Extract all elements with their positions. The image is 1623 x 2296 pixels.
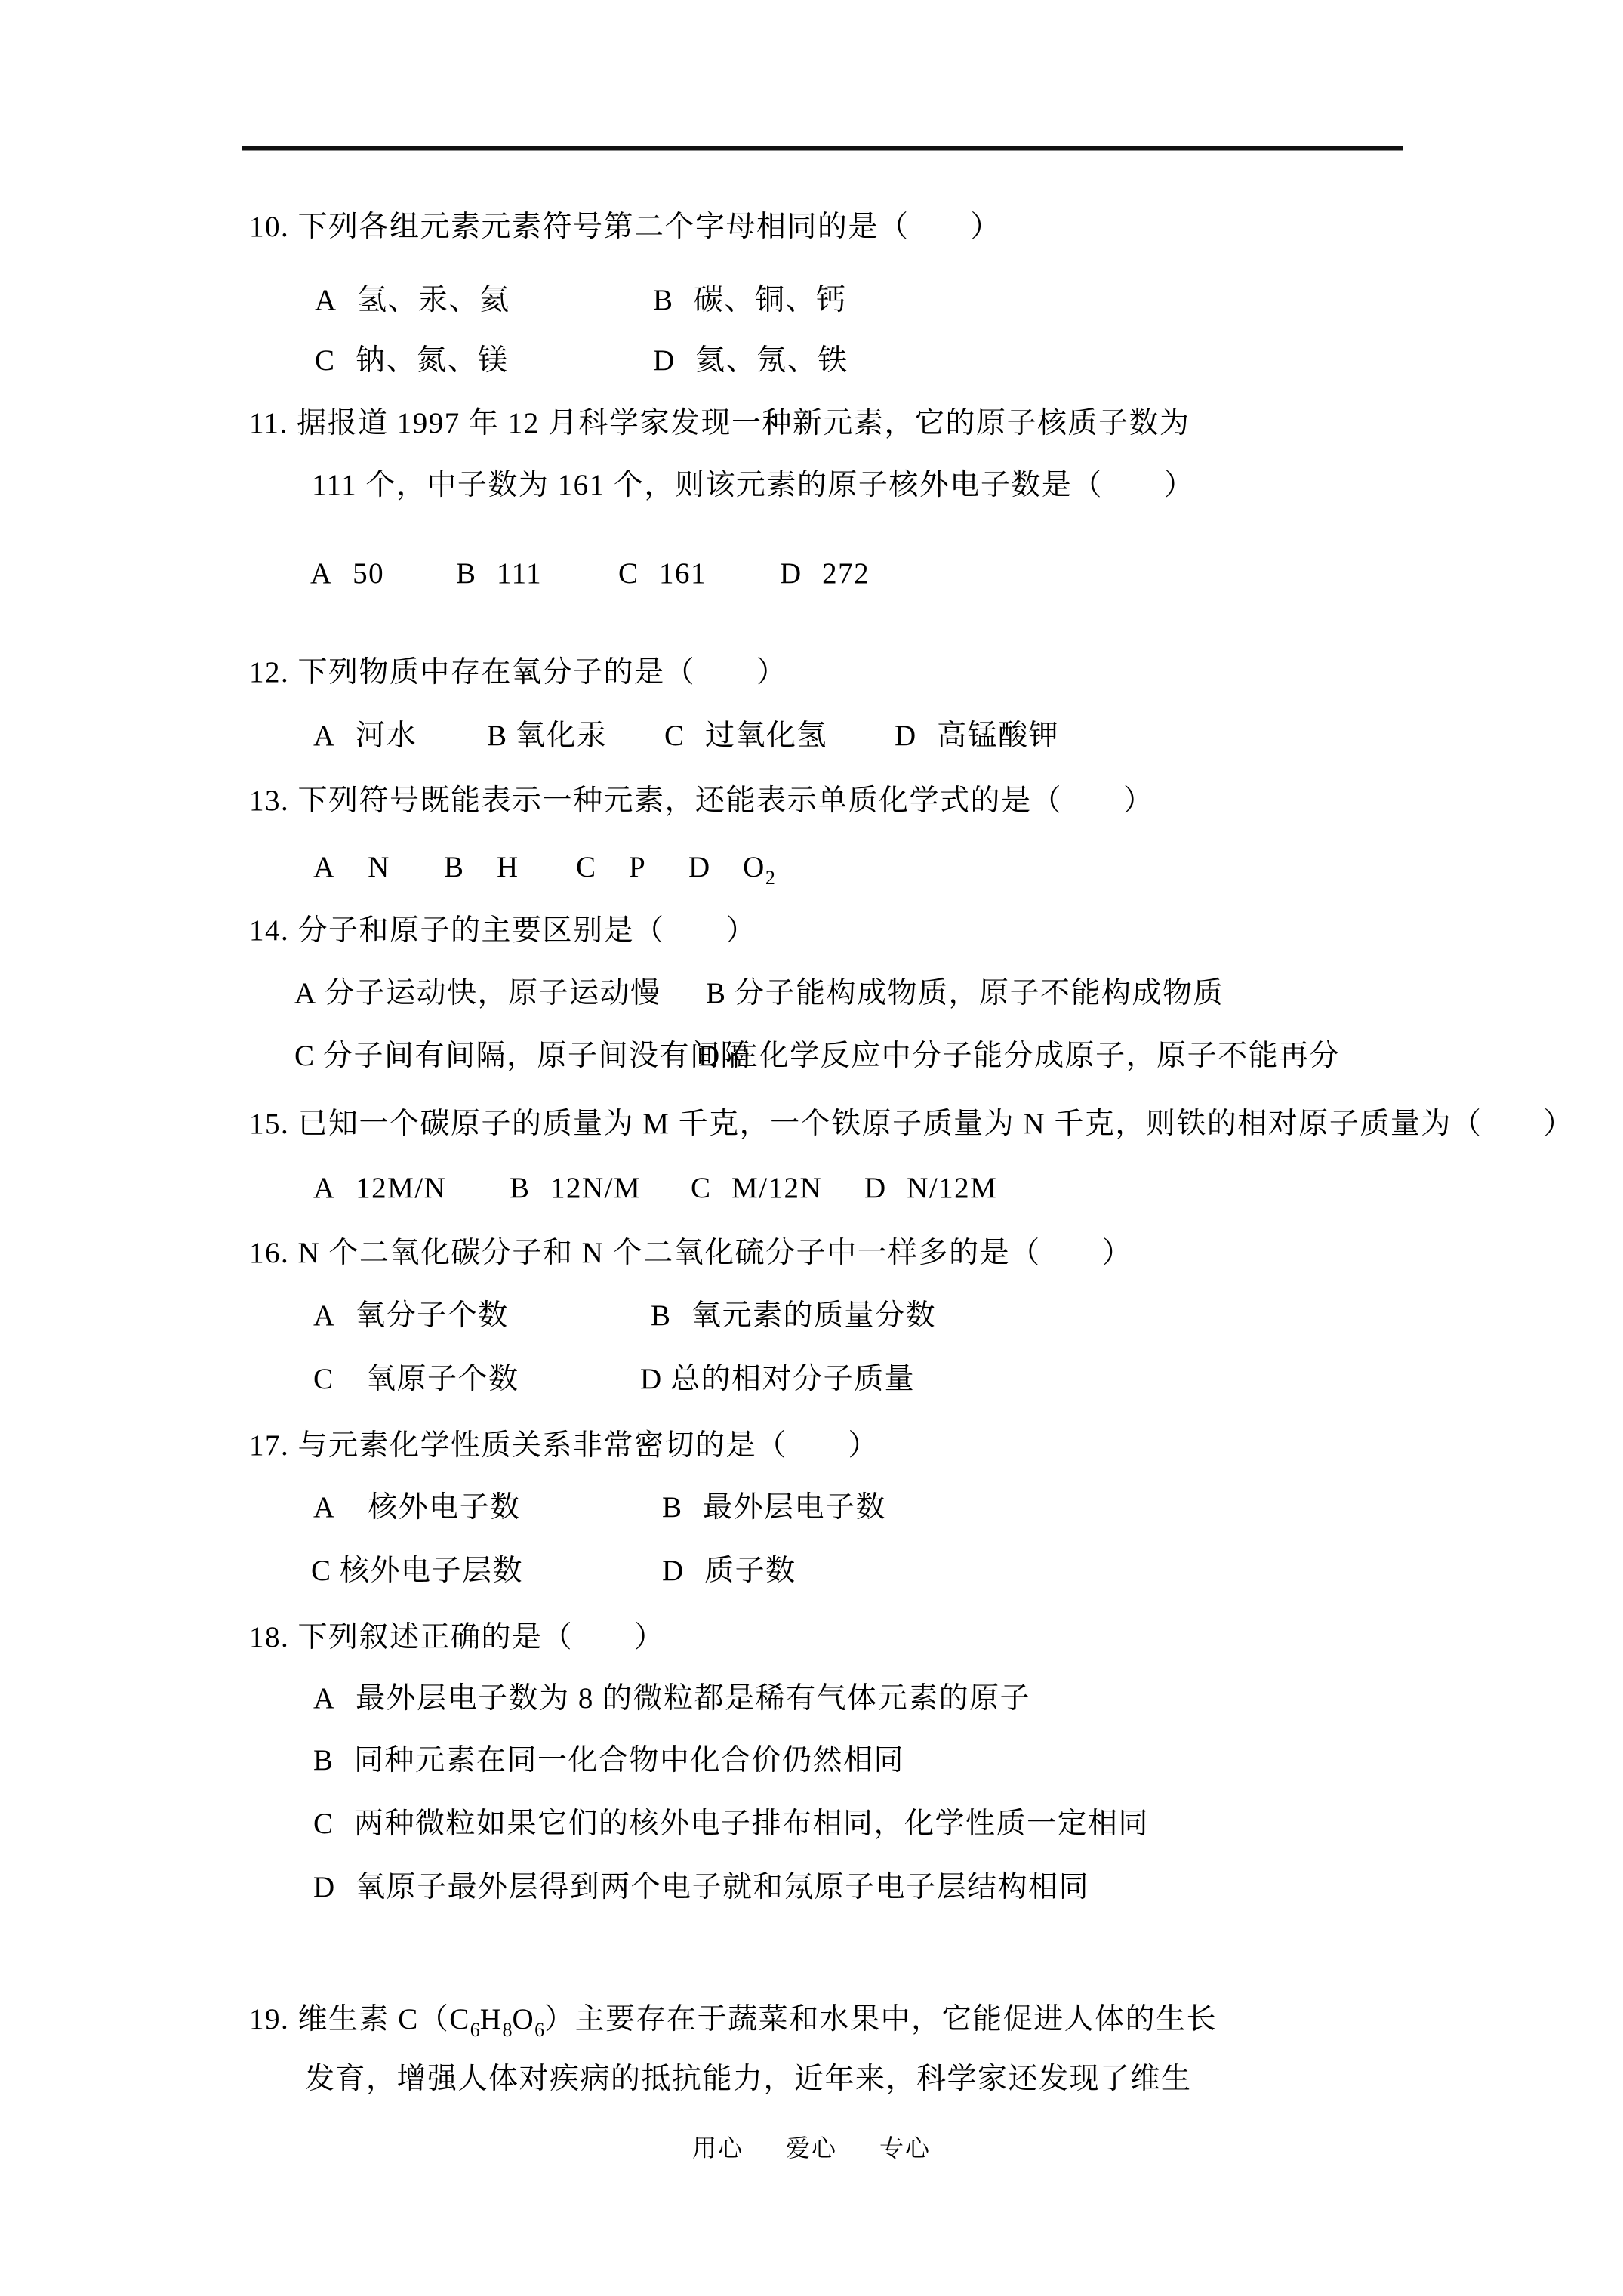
option-text: 核外电子层数 (340, 1555, 523, 1587)
option-label: B (487, 719, 507, 754)
q13-stem: 13. 下列符号既能表示一种元素，还能表示单质化学式的是（ ） (249, 784, 1154, 818)
q19-stem-line1: 19. 维生素 C（C6H8O6）主要存在于蔬菜和水果中，它能促进人体的生长 (249, 2002, 1217, 2037)
option-text: 161 (659, 557, 707, 590)
option-text: O2 (743, 851, 775, 883)
q17-option-a: A核外电子数 (313, 1490, 521, 1525)
q19-text-segment: H (480, 2003, 503, 2036)
option-label: A (294, 976, 316, 1011)
option-label: A (313, 1171, 334, 1206)
footer-word: 用心 (692, 2129, 744, 2164)
q11-option-b: B111 (456, 556, 542, 591)
option-text: 氧原子个数 (366, 1363, 519, 1395)
option-label: B (706, 976, 725, 1011)
q16-option-a: A氧分子个数 (313, 1299, 509, 1333)
q11-stem-line2: 111 个，中子数为 161 个，则该元素的原子核外电子数是（ ） (312, 468, 1194, 503)
option-text: 12N/M (550, 1172, 641, 1204)
option-text: 12M/N (356, 1172, 446, 1204)
option-label: B (653, 283, 673, 318)
option-label: B (662, 1490, 682, 1525)
option-text: 质子数 (704, 1555, 796, 1587)
q16-option-b: B氧元素的质量分数 (651, 1299, 936, 1333)
q17-stem: 17. 与元素化学性质关系非常密切的是（ ） (249, 1428, 879, 1463)
option-label: D (864, 1171, 885, 1206)
option-label: D (698, 1039, 719, 1074)
option-label: B (456, 556, 476, 591)
q14-stem: 14. 分子和原子的主要区别是（ ） (249, 914, 756, 948)
option-label: C (311, 1554, 331, 1589)
q14-option-a: A分子运动快，原子运动慢 (294, 976, 661, 1011)
option-text: 同种元素在同一化合物中化合价仍然相同 (354, 1744, 904, 1777)
q19-text-segment: 19. 维生素 C（C (249, 2003, 470, 2036)
q17-option-c: C核外电子层数 (311, 1554, 523, 1589)
q16-stem: 16. N 个二氧化碳分子和 N 个二氧化硫分子中一样多的是（ ） (249, 1236, 1132, 1271)
option-label: C (313, 1807, 333, 1841)
option-label: D (688, 850, 710, 885)
option-text: 高锰酸钾 (937, 720, 1059, 752)
option-label: C (691, 1171, 710, 1206)
option-text: 氢、汞、氦 (357, 284, 510, 316)
option-label: A (313, 1681, 334, 1716)
q13-option-c: CP (576, 850, 646, 885)
q14-option-d: D在化学反应中分子能分成原子，原子不能再分 (698, 1039, 1340, 1074)
q10-option-c: C钠、氮、镁 (315, 344, 509, 378)
option-text: 氧化汞 (516, 720, 608, 752)
option-label: D (653, 344, 674, 378)
q10-stem: 10. 下列各组元素元素符号第二个字母相同的是（ ） (249, 210, 1001, 245)
option-label: B (510, 1171, 529, 1206)
option-text: 碳、铜、钙 (694, 284, 847, 316)
q15-option-d: DN/12M (864, 1171, 997, 1206)
q13-option-d: DO2 (688, 850, 775, 885)
option-label: C (294, 1039, 314, 1074)
q11-stem-line1: 11. 据报道 1997 年 12 月科学家发现一种新元素，它的原子核质子数为 (249, 406, 1190, 441)
option-text: N/12M (907, 1172, 997, 1204)
q18-stem: 18. 下列叙述正确的是（ ） (249, 1620, 665, 1655)
formula-base: O (743, 851, 765, 883)
option-text: 核外电子数 (368, 1491, 521, 1524)
option-label: C (618, 556, 638, 591)
option-label: C (315, 344, 334, 378)
q11-option-d: D272 (780, 556, 870, 591)
option-label: C (576, 850, 596, 885)
q12-option-b: B氧化汞 (487, 719, 608, 754)
q12-option-d: D高锰酸钾 (895, 719, 1059, 754)
q11-option-c: C161 (618, 556, 707, 591)
option-text: 在化学反应中分子能分成原子，原子不能再分 (728, 1040, 1340, 1072)
q14-option-b: B分子能构成物质，原子不能构成物质 (706, 976, 1224, 1011)
q19-text-segment: ）主要存在于蔬菜和水果中，它能促进人体的生长 (544, 2003, 1217, 2036)
option-text: 钠、氮、镁 (356, 344, 509, 377)
option-text: H (497, 851, 519, 883)
q15-option-c: CM/12N (691, 1171, 822, 1206)
q12-option-a: A河水 (313, 719, 417, 754)
q10-option-a: A氢、汞、氦 (315, 283, 510, 318)
option-text: P (629, 851, 646, 883)
q15-stem: 15. 已知一个碳原子的质量为 M 千克，一个铁原子质量为 N 千克，则铁的相对… (249, 1107, 1574, 1142)
option-text: 总的相对分子质量 (670, 1363, 915, 1395)
option-text: 最外层电子数 (703, 1491, 886, 1524)
exam-page: 10. 下列各组元素元素符号第二个字母相同的是（ ） A氢、汞、氦 B碳、铜、钙… (0, 0, 1623, 2296)
option-text: 分子间有间隔，原子间没有间隔 (323, 1040, 751, 1072)
option-text: 两种微粒如果它们的核外电子排布相同，化学性质一定相同 (354, 1808, 1149, 1840)
option-text: 过氧化氢 (705, 720, 827, 752)
option-label: D (313, 1870, 334, 1905)
page-footer: 用心 爱心 专心 (0, 2129, 1623, 2164)
option-label: A (313, 1299, 334, 1333)
option-text: 河水 (356, 720, 417, 752)
option-label: A (315, 283, 336, 318)
option-text: 分子运动快，原子运动慢 (325, 977, 661, 1009)
option-label: C (313, 1362, 333, 1397)
option-label: A (313, 719, 334, 754)
q11-option-a: A50 (310, 556, 384, 591)
q16-option-d: D总的相对分子质量 (640, 1362, 915, 1397)
option-text: 氧分子个数 (356, 1299, 509, 1332)
q13-option-b: BH (444, 850, 519, 885)
option-text: 分子能构成物质，原子不能构成物质 (735, 977, 1224, 1009)
option-text: N (368, 851, 390, 883)
option-text: M/12N (731, 1172, 822, 1204)
formula-subscript: 6 (534, 2019, 544, 2041)
option-label: A (310, 556, 331, 591)
q18-option-a: A最外层电子数为 8 的微粒都是稀有气体元素的原子 (313, 1681, 1030, 1716)
q15-option-b: B12N/M (510, 1171, 641, 1206)
q15-option-a: A12M/N (313, 1171, 446, 1206)
footer-word: 专心 (879, 2129, 931, 2164)
option-label: D (895, 719, 916, 754)
q14-option-c: C分子间有间隔，原子间没有间隔 (294, 1039, 751, 1074)
option-label: B (651, 1299, 670, 1333)
option-text: 最外层电子数为 8 的微粒都是稀有气体元素的原子 (356, 1682, 1030, 1715)
option-label: A (313, 850, 334, 885)
option-label: D (640, 1362, 661, 1397)
option-text: 氧元素的质量分数 (691, 1299, 936, 1332)
q19-stem-line2: 发育，增强人体对疾病的抵抗能力，近年来，科学家还发现了维生 (305, 2062, 1192, 2097)
footer-word: 爱心 (786, 2129, 837, 2164)
option-text: 氧原子最外层得到两个电子就和氖原子电子层结构相同 (356, 1871, 1089, 1903)
q10-option-b: B碳、铜、钙 (653, 283, 847, 318)
q18-option-b: B同种元素在同一化合物中化合价仍然相同 (313, 1743, 904, 1778)
q10-option-d: D氦、氖、铁 (653, 344, 848, 378)
option-label: C (664, 719, 684, 754)
option-label: B (313, 1743, 333, 1778)
q19-text-segment: O (512, 2003, 534, 2036)
formula-subscript: 6 (470, 2019, 480, 2041)
q13-option-a: AN (313, 850, 390, 885)
q12-stem: 12. 下列物质中存在氧分子的是（ ） (249, 655, 787, 690)
option-text: 50 (353, 557, 384, 590)
formula-subscript: 8 (502, 2019, 512, 2041)
option-text: 氦、氖、铁 (695, 344, 848, 377)
formula-subscript: 2 (765, 867, 775, 889)
q16-option-c: C氧原子个数 (313, 1362, 519, 1397)
option-label: A (313, 1490, 334, 1525)
q18-option-c: C两种微粒如果它们的核外电子排布相同，化学性质一定相同 (313, 1807, 1149, 1841)
option-text: 111 (497, 557, 542, 590)
q12-option-c: C过氧化氢 (664, 719, 827, 754)
q18-option-d: D氧原子最外层得到两个电子就和氖原子电子层结构相同 (313, 1870, 1089, 1905)
option-label: D (780, 556, 801, 591)
header-divider-rule (242, 146, 1403, 151)
option-text: 272 (822, 557, 870, 590)
option-label: B (444, 850, 463, 885)
option-label: D (662, 1554, 683, 1589)
q17-option-d: D质子数 (662, 1554, 796, 1589)
q17-option-b: B最外层电子数 (662, 1490, 886, 1525)
